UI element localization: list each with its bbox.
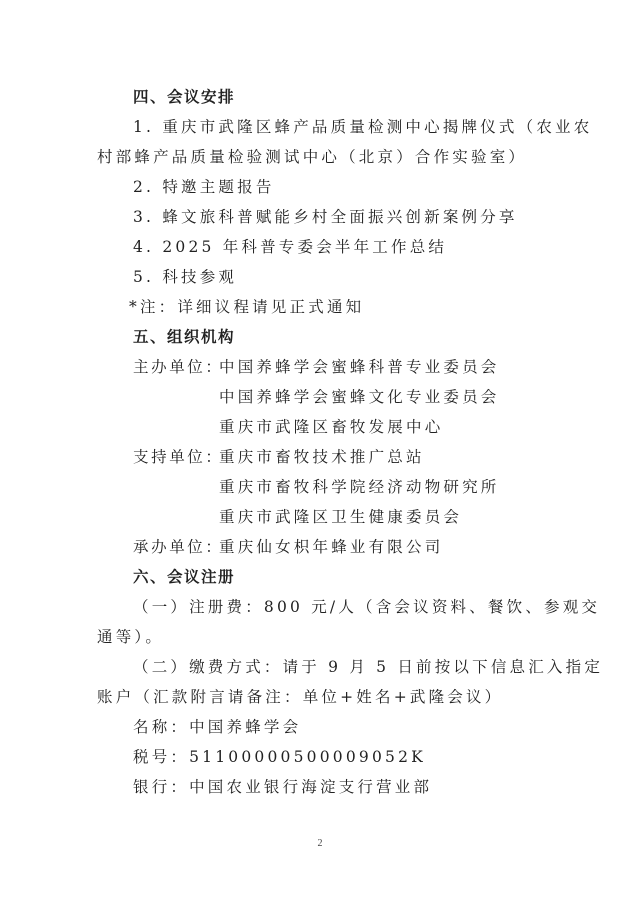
agenda-item-5: 5. 科技参观 — [97, 262, 543, 292]
supporter-org-3: 重庆市武隆区卫生健康委员会 — [97, 502, 543, 532]
payment-method-continued: 账户（汇款附言请备注：单位+姓名+武隆会议） — [97, 682, 543, 712]
account-name: 名称：中国养蜂学会 — [97, 712, 543, 742]
host-org-1: 中国养蜂学会蜜蜂科普专业委员会 — [219, 358, 500, 376]
host-label: 主办单位： — [133, 352, 219, 382]
registration-fee: （一）注册费：800 元/人（含会议资料、餐饮、参观交 — [97, 592, 543, 622]
section-heading-organization: 五、组织机构 — [97, 322, 543, 352]
host-org-3: 重庆市武隆区畜牧发展中心 — [97, 412, 543, 442]
organizer-org: 重庆仙女枳年蜂业有限公司 — [219, 538, 443, 556]
supporter-row-1: 支持单位：重庆市畜牧技术推广总站 — [97, 442, 543, 472]
section-heading-registration: 六、会议注册 — [97, 562, 543, 592]
agenda-item-4: 4. 2025 年科普专委会半年工作总结 — [97, 232, 543, 262]
support-label: 支持单位： — [133, 442, 219, 472]
supporter-org-2: 重庆市畜牧科学院经济动物研究所 — [97, 472, 543, 502]
payment-method: （二）缴费方式：请于 9 月 5 日前按以下信息汇入指定 — [97, 652, 543, 682]
section-heading-meeting-agenda: 四、会议安排 — [97, 82, 543, 112]
registration-fee-continued: 通等）。 — [97, 622, 543, 652]
host-org-2: 中国养蜂学会蜜蜂文化专业委员会 — [97, 382, 543, 412]
document-page: 四、会议安排 1. 重庆市武隆区蜂产品质量检测中心揭牌仪式（农业农 村部蜂产品质… — [97, 82, 543, 802]
agenda-item-2: 2. 特邀主题报告 — [97, 172, 543, 202]
host-row-1: 主办单位：中国养蜂学会蜜蜂科普专业委员会 — [97, 352, 543, 382]
organizer-label: 承办单位： — [133, 532, 219, 562]
agenda-note: *注：详细议程请见正式通知 — [97, 292, 543, 322]
tax-number: 税号：51100000500009052K — [97, 742, 543, 772]
organizer-row: 承办单位：重庆仙女枳年蜂业有限公司 — [97, 532, 543, 562]
bank-name: 银行：中国农业银行海淀支行营业部 — [97, 772, 543, 802]
agenda-item-3: 3. 蜂文旅科普赋能乡村全面振兴创新案例分享 — [97, 202, 543, 232]
page-number: 2 — [0, 838, 640, 849]
agenda-item-1: 1. 重庆市武隆区蜂产品质量检测中心揭牌仪式（农业农 — [97, 112, 543, 142]
supporter-org-1: 重庆市畜牧技术推广总站 — [219, 448, 425, 466]
agenda-item-1-continued: 村部蜂产品质量检验测试中心（北京）合作实验室） — [97, 142, 543, 172]
